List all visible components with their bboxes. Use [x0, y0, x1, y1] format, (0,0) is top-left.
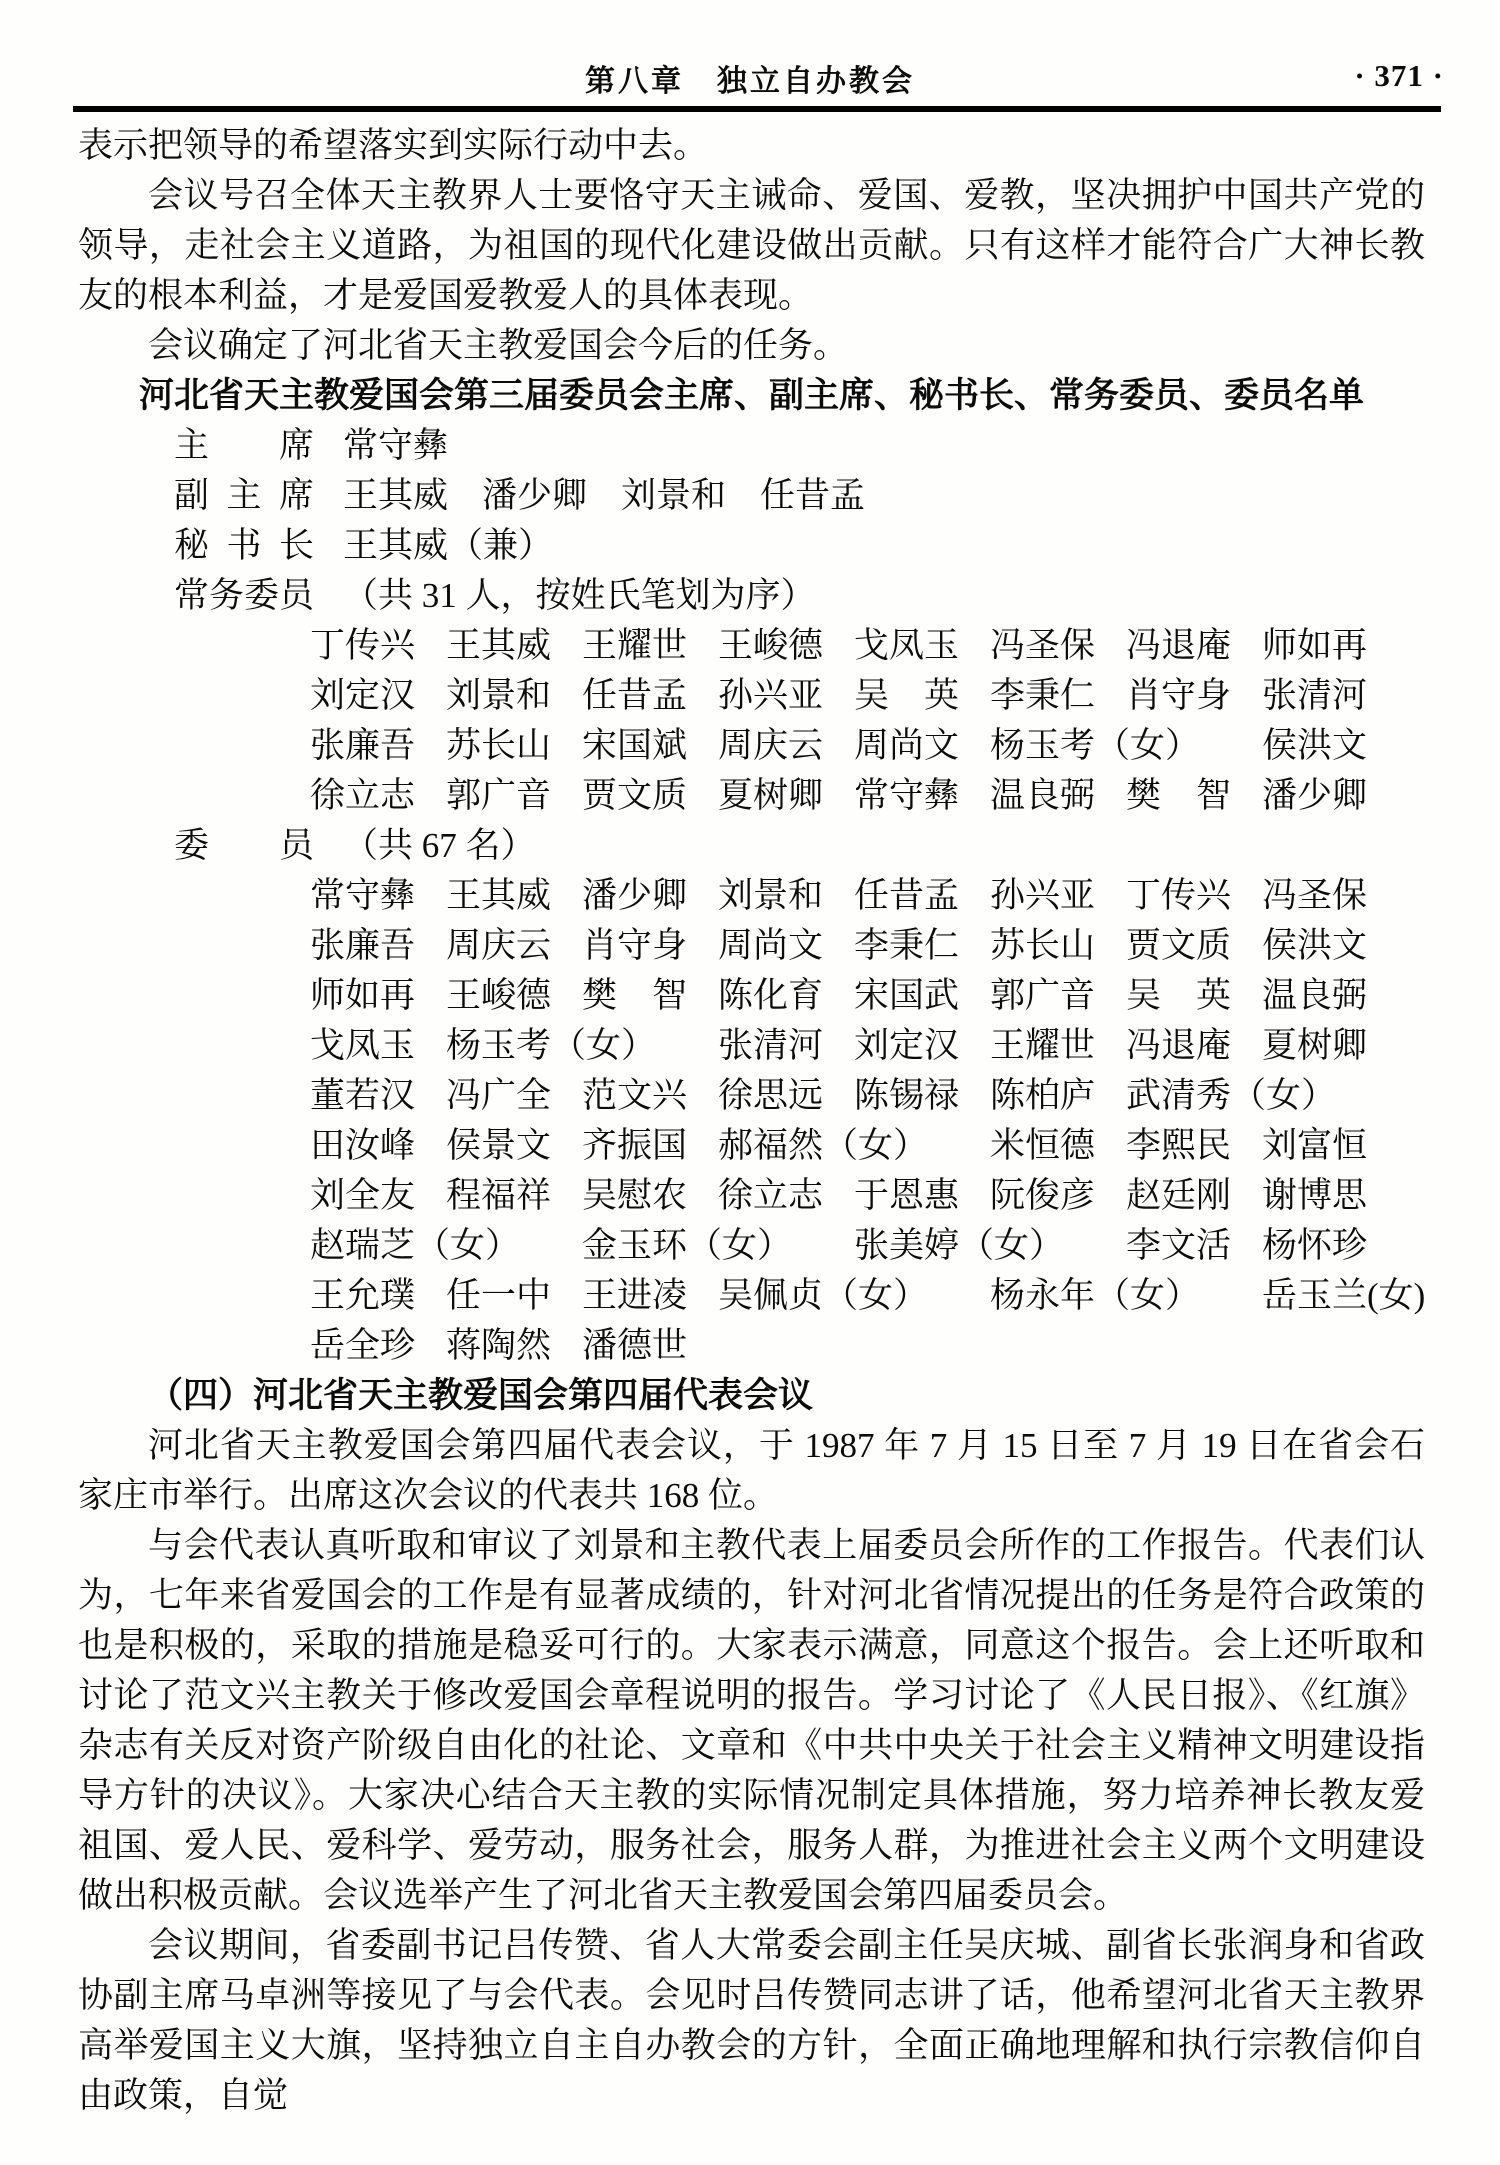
paragraph-session-intro: 河北省天主教爱国会第四届代表会议，于 1987 年 7 月 15 日至 7 月 … [78, 1421, 1425, 1521]
paragraph-meeting-call: 会议号召全体天主教界人士要恪守天主诫命、爱国、爱教，坚决拥护中国共产党的领导，走… [78, 171, 1425, 321]
member-name: 戈凤玉 [310, 1021, 446, 1071]
officer-row: 秘 书 长王其威（兼） [174, 521, 1425, 571]
chapter-title: 第八章 独立自办教会 [0, 56, 1500, 100]
member-name: 冯圣保 [1262, 871, 1398, 921]
member-name: 张清河 [718, 1021, 854, 1071]
page-body: 表示把领导的希望落实到实际行动中去。 会议号召全体天主教界人士要恪守天主诫命、爱… [78, 121, 1425, 2121]
member-name: 岳全珍 [310, 1321, 446, 1371]
member-name: 徐立志 [718, 1171, 854, 1221]
officer-row: 副 主 席王其威潘少卿刘景和任昔孟 [174, 471, 1425, 521]
section-heading: （四）河北省天主教爱国会第四届代表会议 [78, 1371, 1425, 1421]
member-name: 金玉环（女） [582, 1221, 854, 1271]
member-name: 周庆云 [446, 921, 582, 971]
member-name: 李秉仁 [990, 671, 1126, 721]
running-head: 第八章 独立自办教会 · 371 · [0, 56, 1500, 100]
member-name: 冯圣保 [990, 621, 1126, 671]
roster-row: 岳全珍蒋陶然潘德世 [310, 1321, 1425, 1371]
member-name: 刘全友 [310, 1171, 446, 1221]
member-name: 潘少卿 [1262, 771, 1398, 821]
roster-row: 董若汉冯广全范文兴徐思远陈锡禄陈柏庐武清秀（女） [310, 1071, 1425, 1121]
member-name: 杨怀珍 [1262, 1221, 1398, 1271]
member-name: 肖守身 [1126, 671, 1262, 721]
member-name: 任一中 [446, 1271, 582, 1321]
member-name: 王进凌 [582, 1271, 718, 1321]
officer-list: 主 席常守彝副 主 席王其威潘少卿刘景和任昔孟秘 书 长王其威（兼） [78, 421, 1425, 571]
member-name: 丁传兴 [1126, 871, 1262, 921]
member-name: 陈锡禄 [854, 1071, 990, 1121]
member-name: 丁传兴 [310, 621, 446, 671]
member-name: 徐立志 [310, 771, 446, 821]
member-name: 刘定汉 [310, 671, 446, 721]
roster-row: 徐立志郭广音贾文质夏树卿常守彝温良弼樊 智潘少卿 [310, 771, 1425, 821]
member-name: 陈化育 [718, 971, 854, 1021]
roster-row: 田汝峰侯景文齐振国郝福然（女）米恒德李熙民刘富恒 [310, 1121, 1425, 1171]
officer-title: 主 席 [174, 421, 310, 471]
members-note: （共 67 名） [343, 821, 536, 871]
member-name: 刘富恒 [1262, 1121, 1398, 1171]
member-name: 李秉仁 [854, 921, 990, 971]
officer-names: 王其威潘少卿刘景和任昔孟 [343, 471, 865, 521]
roster-title: 河北省天主教爱国会第三届委员会主席、副主席、秘书长、常务委员、委员名单 [78, 371, 1425, 421]
member-name: 张美婷（女） [854, 1221, 1126, 1271]
member-name: 阮俊彦 [990, 1171, 1126, 1221]
member-name: 徐思远 [718, 1071, 854, 1121]
member-name: 肖守身 [582, 921, 718, 971]
page-number: · 371 · [1354, 58, 1444, 94]
member-name: 樊 智 [582, 971, 718, 1021]
member-name: 贾文质 [582, 771, 718, 821]
officer-name: 任昔孟 [760, 471, 865, 521]
member-name: 吴 英 [1126, 971, 1262, 1021]
member-name: 赵廷刚 [1126, 1171, 1262, 1221]
member-name: 谢博思 [1262, 1171, 1398, 1221]
member-name: 潘德世 [582, 1321, 718, 1371]
standing-committee-names: 丁传兴王其威王耀世王峻德戈凤玉冯圣保冯退庵师如再刘定汉刘景和任昔孟孙兴亚吴 英李… [78, 621, 1425, 821]
member-name: 侯洪文 [1262, 921, 1398, 971]
member-name: 杨永年（女） [990, 1271, 1262, 1321]
member-name: 蒋陶然 [446, 1321, 582, 1371]
roster-row: 常守彝王其威潘少卿刘景和任昔孟孙兴亚丁传兴冯圣保 [310, 871, 1425, 921]
member-name: 王峻德 [446, 971, 582, 1021]
paragraph-leaders-reception: 会议期间，省委副书记吕传赞、省人大常委会副主任吴庆城、副省长张润身和省政协副主席… [78, 1921, 1425, 2121]
officer-name: 潘少卿 [482, 471, 587, 521]
member-name: 杨玉考（女） [446, 1021, 718, 1071]
member-name: 贾文质 [1126, 921, 1262, 971]
member-name: 周尚文 [854, 721, 990, 771]
member-name: 王其威 [446, 621, 582, 671]
standing-committee-header: 常务委员 （共 31 人，按姓氏笔划为序） [174, 571, 1425, 621]
header-rule [73, 106, 1441, 112]
member-name: 赵瑞芝（女） [310, 1221, 582, 1271]
member-name: 杨玉考（女） [990, 721, 1262, 771]
member-name: 常守彝 [854, 771, 990, 821]
standing-committee-label: 常务委员 [174, 571, 310, 621]
member-name: 常守彝 [310, 871, 446, 921]
member-name: 岳玉兰(女) [1262, 1271, 1398, 1321]
member-name: 刘景和 [718, 871, 854, 921]
member-name: 侯洪文 [1262, 721, 1398, 771]
roster-row: 王允璞任一中王进凌吴佩贞（女）杨永年（女）岳玉兰(女) [310, 1271, 1425, 1321]
member-name: 冯退庵 [1126, 1021, 1262, 1071]
member-name: 苏长山 [990, 921, 1126, 971]
member-name: 张廉吾 [310, 921, 446, 971]
member-name: 任昔孟 [854, 871, 990, 921]
member-name: 张清河 [1262, 671, 1398, 721]
member-name: 吴 英 [854, 671, 990, 721]
member-name: 师如再 [1262, 621, 1398, 671]
member-name: 樊 智 [1126, 771, 1262, 821]
member-name: 侯景文 [446, 1121, 582, 1171]
member-name: 温良弼 [1262, 971, 1398, 1021]
member-name: 任昔孟 [582, 671, 718, 721]
member-name: 夏树卿 [1262, 1021, 1398, 1071]
member-name: 王耀世 [990, 1021, 1126, 1071]
member-name: 宋国斌 [582, 721, 718, 771]
officer-names: 王其威（兼） [343, 521, 553, 571]
member-name: 郭广音 [446, 771, 582, 821]
roster-row: 戈凤玉杨玉考（女）张清河刘定汉王耀世冯退庵夏树卿 [310, 1021, 1425, 1071]
member-name: 郭广音 [990, 971, 1126, 1021]
member-name: 董若汉 [310, 1071, 446, 1121]
member-name: 武清秀（女） [1126, 1071, 1398, 1121]
roster-row: 张廉吾苏长山宋国斌周庆云周尚文杨玉考（女）侯洪文 [310, 721, 1425, 771]
member-name: 于恩惠 [854, 1171, 990, 1221]
member-name: 苏长山 [446, 721, 582, 771]
member-name: 王其威 [446, 871, 582, 921]
officer-names: 常守彝 [343, 421, 448, 471]
paragraph-continuation: 表示把领导的希望落实到实际行动中去。 [78, 121, 1425, 171]
roster-row: 刘定汉刘景和任昔孟孙兴亚吴 英李秉仁肖守身张清河 [310, 671, 1425, 721]
members-names: 常守彝王其威潘少卿刘景和任昔孟孙兴亚丁传兴冯圣保张廉吾周庆云肖守身周尚文李秉仁苏… [78, 871, 1425, 1371]
officer-title: 副 主 席 [174, 471, 310, 521]
member-name: 戈凤玉 [854, 621, 990, 671]
member-name: 陈柏庐 [990, 1071, 1126, 1121]
member-name: 程福祥 [446, 1171, 582, 1221]
officer-name: 王其威 [343, 471, 448, 521]
member-name: 师如再 [310, 971, 446, 1021]
member-name: 范文兴 [582, 1071, 718, 1121]
roster-row: 师如再王峻德樊 智陈化育宋国武郭广音吴 英温良弼 [310, 971, 1425, 1021]
officer-name: 刘景和 [621, 471, 726, 521]
member-name: 吴慰农 [582, 1171, 718, 1221]
book-page-scan: 第八章 独立自办教会 · 371 · 表示把领导的希望落实到实际行动中去。 会议… [0, 0, 1500, 2165]
member-name: 王峻德 [718, 621, 854, 671]
members-header: 委 员 （共 67 名） [174, 821, 1425, 871]
member-name: 李文活 [1126, 1221, 1262, 1271]
roster-row: 张廉吾周庆云肖守身周尚文李秉仁苏长山贾文质侯洪文 [310, 921, 1425, 971]
member-name: 齐振国 [582, 1121, 718, 1171]
member-name: 潘少卿 [582, 871, 718, 921]
member-name: 刘定汉 [854, 1021, 990, 1071]
officer-title: 秘 书 长 [174, 521, 310, 571]
member-name: 王耀世 [582, 621, 718, 671]
member-name: 吴佩贞（女） [718, 1271, 990, 1321]
member-name: 孙兴亚 [990, 871, 1126, 921]
officer-name: 王其威（兼） [343, 521, 553, 571]
roster-row: 赵瑞芝（女）金玉环（女）张美婷（女）李文活杨怀珍 [310, 1221, 1425, 1271]
paragraph-work-report: 与会代表认真听取和审议了刘景和主教代表上届委员会所作的工作报告。代表们认为，七年… [78, 1521, 1425, 1921]
roster-row: 刘全友程福祥吴慰农徐立志于恩惠阮俊彦赵廷刚谢博思 [310, 1171, 1425, 1221]
member-name: 周庆云 [718, 721, 854, 771]
member-name: 夏树卿 [718, 771, 854, 821]
officer-name: 常守彝 [343, 421, 448, 471]
member-name: 李熙民 [1126, 1121, 1262, 1171]
member-name: 郝福然（女） [718, 1121, 990, 1171]
member-name: 刘景和 [446, 671, 582, 721]
member-name: 米恒德 [990, 1121, 1126, 1171]
member-name: 温良弼 [990, 771, 1126, 821]
member-name: 田汝峰 [310, 1121, 446, 1171]
roster-row: 丁传兴王其威王耀世王峻德戈凤玉冯圣保冯退庵师如再 [310, 621, 1425, 671]
member-name: 宋国武 [854, 971, 990, 1021]
officer-row: 主 席常守彝 [174, 421, 1425, 471]
member-name: 冯广全 [446, 1071, 582, 1121]
member-name: 周尚文 [718, 921, 854, 971]
standing-committee-note: （共 31 人，按姓氏笔划为序） [343, 571, 816, 621]
member-name: 冯退庵 [1126, 621, 1262, 671]
member-name: 张廉吾 [310, 721, 446, 771]
member-name: 王允璞 [310, 1271, 446, 1321]
member-name: 孙兴亚 [718, 671, 854, 721]
members-label: 委 员 [174, 821, 310, 871]
paragraph-tasks: 会议确定了河北省天主教爱国会今后的任务。 [78, 321, 1425, 371]
